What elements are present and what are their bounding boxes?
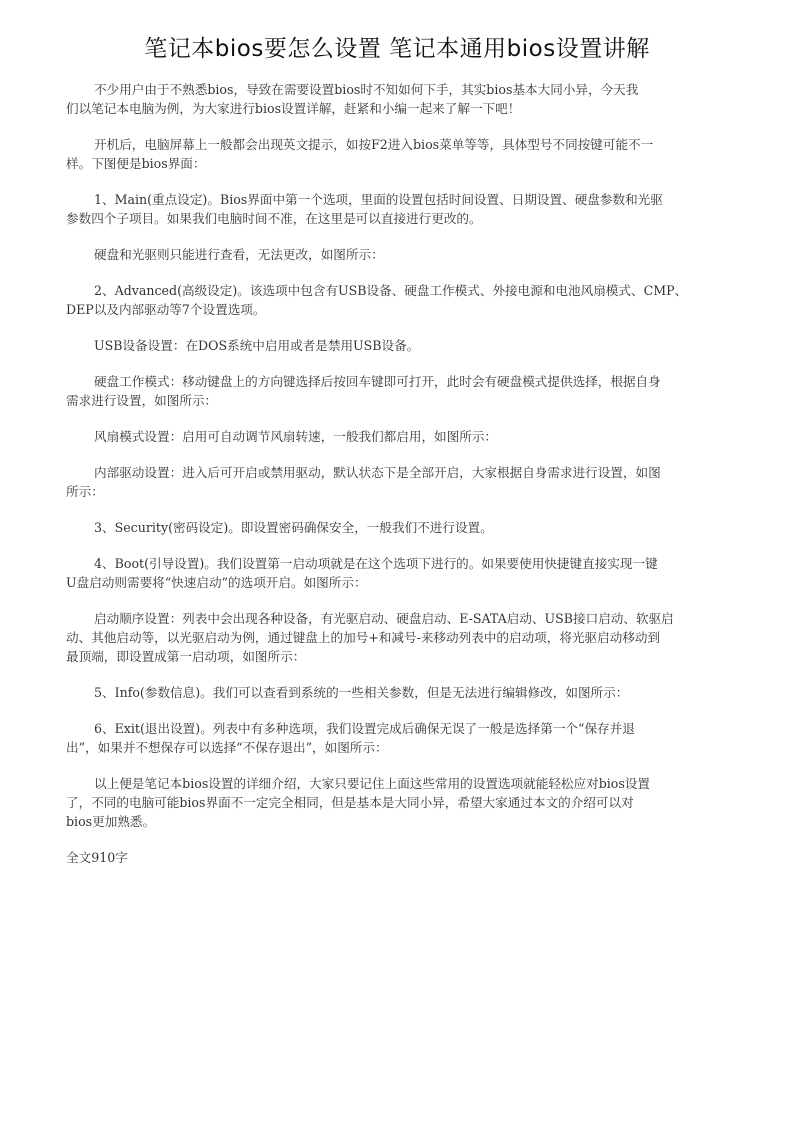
paragraph-boot-order: 启动顺序设置：列表中会出现各种设备，有光驱启动、硬盘启动、E-SATA启动、US… bbox=[66, 609, 732, 666]
paragraph-advanced: 2、Advanced(高级设定)。该选项中包含有USB设备、硬盘工作模式、外接电… bbox=[66, 281, 732, 319]
text-line: 3、Security(密码设定)。即设置密码确保安全，一般我们不进行设置。 bbox=[66, 518, 732, 537]
text-line: 启动顺序设置：列表中会出现各种设备，有光驱启动、硬盘启动、E-SATA启动、US… bbox=[66, 609, 732, 628]
text-line: U盘启动则需要将“快速启动”的选项开启。如图所示： bbox=[66, 573, 732, 592]
text-line: 6、Exit(退出设置)。列表中有多种选项，我们设置完成后确保无误了一般是选择第… bbox=[66, 719, 732, 738]
text-line: 了，不同的电脑可能bios界面不一定完全相同，但是基本是大同小异，希望大家通过本… bbox=[66, 793, 732, 812]
text-line: 参数四个子项目。如果我们电脑时间不准，在这里是可以直接进行更改的。 bbox=[66, 209, 732, 228]
text-line: bios更加熟悉。 bbox=[66, 812, 732, 831]
paragraph-fan-mode: 风扇模式设置：启用可自动调节风扇转速，一般我们都启用，如图所示： bbox=[66, 427, 732, 446]
word-count: 全文910字 bbox=[66, 848, 732, 867]
paragraph-exit: 6、Exit(退出设置)。列表中有多种选项，我们设置完成后确保无误了一般是选择第… bbox=[66, 719, 732, 757]
text-line: 样。下图便是bios界面： bbox=[66, 154, 732, 173]
text-line: 出”，如果并不想保存可以选择“不保存退出”，如图所示： bbox=[66, 738, 732, 757]
text-line: 动、其他启动等，以光驱启动为例，通过键盘上的加号+和减号-来移动列表中的启动项，… bbox=[66, 628, 732, 647]
word-count-text: 全文910字 bbox=[66, 848, 732, 867]
paragraph-boot-prompt: 开机后，电脑屏幕上一般都会出现英文提示，如按F2进入bios菜单等等，具体型号不… bbox=[66, 135, 732, 173]
text-line: 需求进行设置，如图所示： bbox=[66, 391, 732, 410]
text-line: USB设备设置：在DOS系统中启用或者是禁用USB设备。 bbox=[66, 336, 732, 355]
text-line: 不少用户由于不熟悉bios，导致在需要设置bios时不知如何下手，其实bios基… bbox=[66, 80, 732, 99]
text-line: 内部驱动设置：进入后可开启或禁用驱动，默认状态下是全部开启，大家根据自身需求进行… bbox=[66, 463, 732, 482]
paragraph-conclusion: 以上便是笔记本bios设置的详细介绍，大家只要记住上面这些常用的设置选项就能轻松… bbox=[66, 774, 732, 831]
text-line: 以上便是笔记本bios设置的详细介绍，大家只要记住上面这些常用的设置选项就能轻松… bbox=[66, 774, 732, 793]
text-line: 5、Info(参数信息)。我们可以查看到系统的一些相关参数，但是无法进行编辑修改… bbox=[66, 683, 732, 702]
paragraph-internal-drivers: 内部驱动设置：进入后可开启或禁用驱动，默认状态下是全部开启，大家根据自身需求进行… bbox=[66, 463, 732, 501]
text-line: 硬盘工作模式：移动键盘上的方向键选择后按回车键即可打开，此时会有硬盘模式提供选择… bbox=[66, 372, 732, 391]
paragraph-disk-mode: 硬盘工作模式：移动键盘上的方向键选择后按回车键即可打开，此时会有硬盘模式提供选择… bbox=[66, 372, 732, 410]
text-line: 2、Advanced(高级设定)。该选项中包含有USB设备、硬盘工作模式、外接电… bbox=[66, 281, 732, 300]
text-line: 1、Main(重点设定)。Bios界面中第一个选项，里面的设置包括时间设置、日期… bbox=[66, 190, 732, 209]
document-title: 笔记本bios要怎么设置 笔记本通用bios设置讲解 bbox=[0, 30, 794, 63]
text-line: 风扇模式设置：启用可自动调节风扇转速，一般我们都启用，如图所示： bbox=[66, 427, 732, 446]
paragraph-drives: 硬盘和光驱则只能进行查看，无法更改，如图所示： bbox=[66, 245, 732, 264]
paragraph-usb: USB设备设置：在DOS系统中启用或者是禁用USB设备。 bbox=[66, 336, 732, 355]
paragraph-info: 5、Info(参数信息)。我们可以查看到系统的一些相关参数，但是无法进行编辑修改… bbox=[66, 683, 732, 702]
text-line: 开机后，电脑屏幕上一般都会出现英文提示，如按F2进入bios菜单等等，具体型号不… bbox=[66, 135, 732, 154]
text-line: 最顶端，即设置成第一启动项，如图所示： bbox=[66, 647, 732, 666]
text-line: 们以笔记本电脑为例，为大家进行bios设置详解，赶紧和小编一起来了解一下吧！ bbox=[66, 99, 732, 118]
text-line: 所示： bbox=[66, 482, 732, 501]
text-line: 硬盘和光驱则只能进行查看，无法更改，如图所示： bbox=[66, 245, 732, 264]
paragraph-main: 1、Main(重点设定)。Bios界面中第一个选项，里面的设置包括时间设置、日期… bbox=[66, 190, 732, 228]
paragraph-intro: 不少用户由于不熟悉bios，导致在需要设置bios时不知如何下手，其实bios基… bbox=[66, 80, 732, 118]
text-line: 4、Boot(引导设置)。我们设置第一启动项就是在这个选项下进行的。如果要使用快… bbox=[66, 554, 732, 573]
paragraph-boot: 4、Boot(引导设置)。我们设置第一启动项就是在这个选项下进行的。如果要使用快… bbox=[66, 554, 732, 592]
document-page: 笔记本bios要怎么设置 笔记本通用bios设置讲解 不少用户由于不熟悉bios… bbox=[0, 0, 794, 1123]
text-line: DEP以及内部驱动等7个设置选项。 bbox=[66, 300, 732, 319]
document-body: 不少用户由于不熟悉bios，导致在需要设置bios时不知如何下手，其实bios基… bbox=[66, 80, 732, 884]
paragraph-security: 3、Security(密码设定)。即设置密码确保安全，一般我们不进行设置。 bbox=[66, 518, 732, 537]
